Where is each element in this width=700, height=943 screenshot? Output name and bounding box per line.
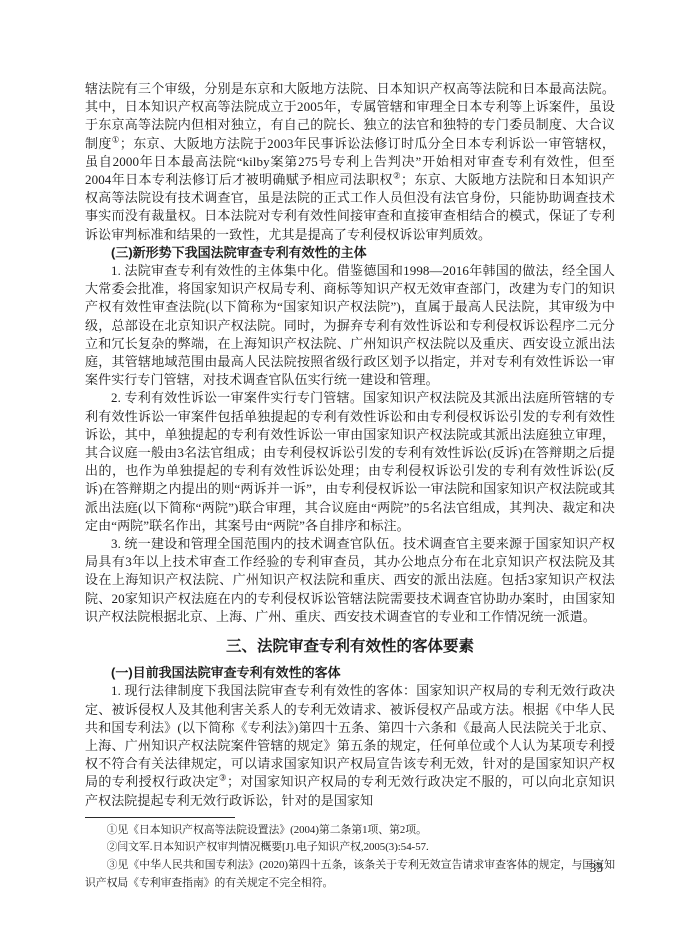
section-title-object-elements: 三、法院审查专利有效性的客体要素 [85, 637, 615, 657]
heading-current-object: (一)目前我国法院审查专利有效性的客体 [85, 664, 615, 682]
paragraph-2-special-jurisdiction: 2. 专利有效性诉讼一审案件实行专门管辖。国家知识产权法院及其派出法庭所管辖的专… [85, 389, 615, 535]
footnotes: ①见《日本知识产权高等法院设置法》(2004)第二条第1项、第2项。②闫文军.日… [85, 822, 615, 892]
heading-new-situation-subject: (三)新形势下我国法院审查专利有效性的主体 [85, 244, 615, 262]
paragraph-japan-patent-courts: 辖法院有三个审级，分别是东京和大阪地方法院、日本知识产权高等法院和日本最高法院。… [85, 80, 615, 244]
footnote-ref: ① [112, 134, 120, 144]
page-number: 33 [590, 860, 604, 876]
footnote: ①见《日本知识产权高等法院设置法》(2004)第二条第1项、第2项。 [85, 822, 615, 840]
footnote-separator [85, 817, 235, 818]
paragraph-3-technical-investigators: 3. 统一建设和管理全国范围内的技术调查官队伍。技术调查官主要来源于国家知识产权… [85, 535, 615, 626]
footnote: ②闫文军.日本知识产权审判情况概要[J].电子知识产权,2005(3):54-5… [85, 839, 615, 857]
page-content: 辖法院有三个审级，分别是东京和大阪地方法院、日本知识产权高等法院和日本最高法院。… [85, 80, 615, 892]
paragraph-4-current-objects: 1. 现行法律制度下我国法院审查专利有效性的客体：国家知识产权局的专利无效行政决… [85, 682, 615, 809]
document-page: 辖法院有三个审级，分别是东京和大阪地方法院、日本知识产权高等法院和日本最高法院。… [0, 0, 700, 943]
paragraph-1-centralized-subject: 1. 法院审查专利有效性的主体集中化。借鉴德国和1998—2016年韩国的做法，… [85, 262, 615, 389]
footnote-ref: ③ [219, 773, 227, 783]
footnote-ref: ② [393, 171, 401, 181]
footnote: ③见《中华人民共和国专利法》(2020)第四十五条，该条关于专利无效宣告请求审查… [85, 857, 615, 892]
